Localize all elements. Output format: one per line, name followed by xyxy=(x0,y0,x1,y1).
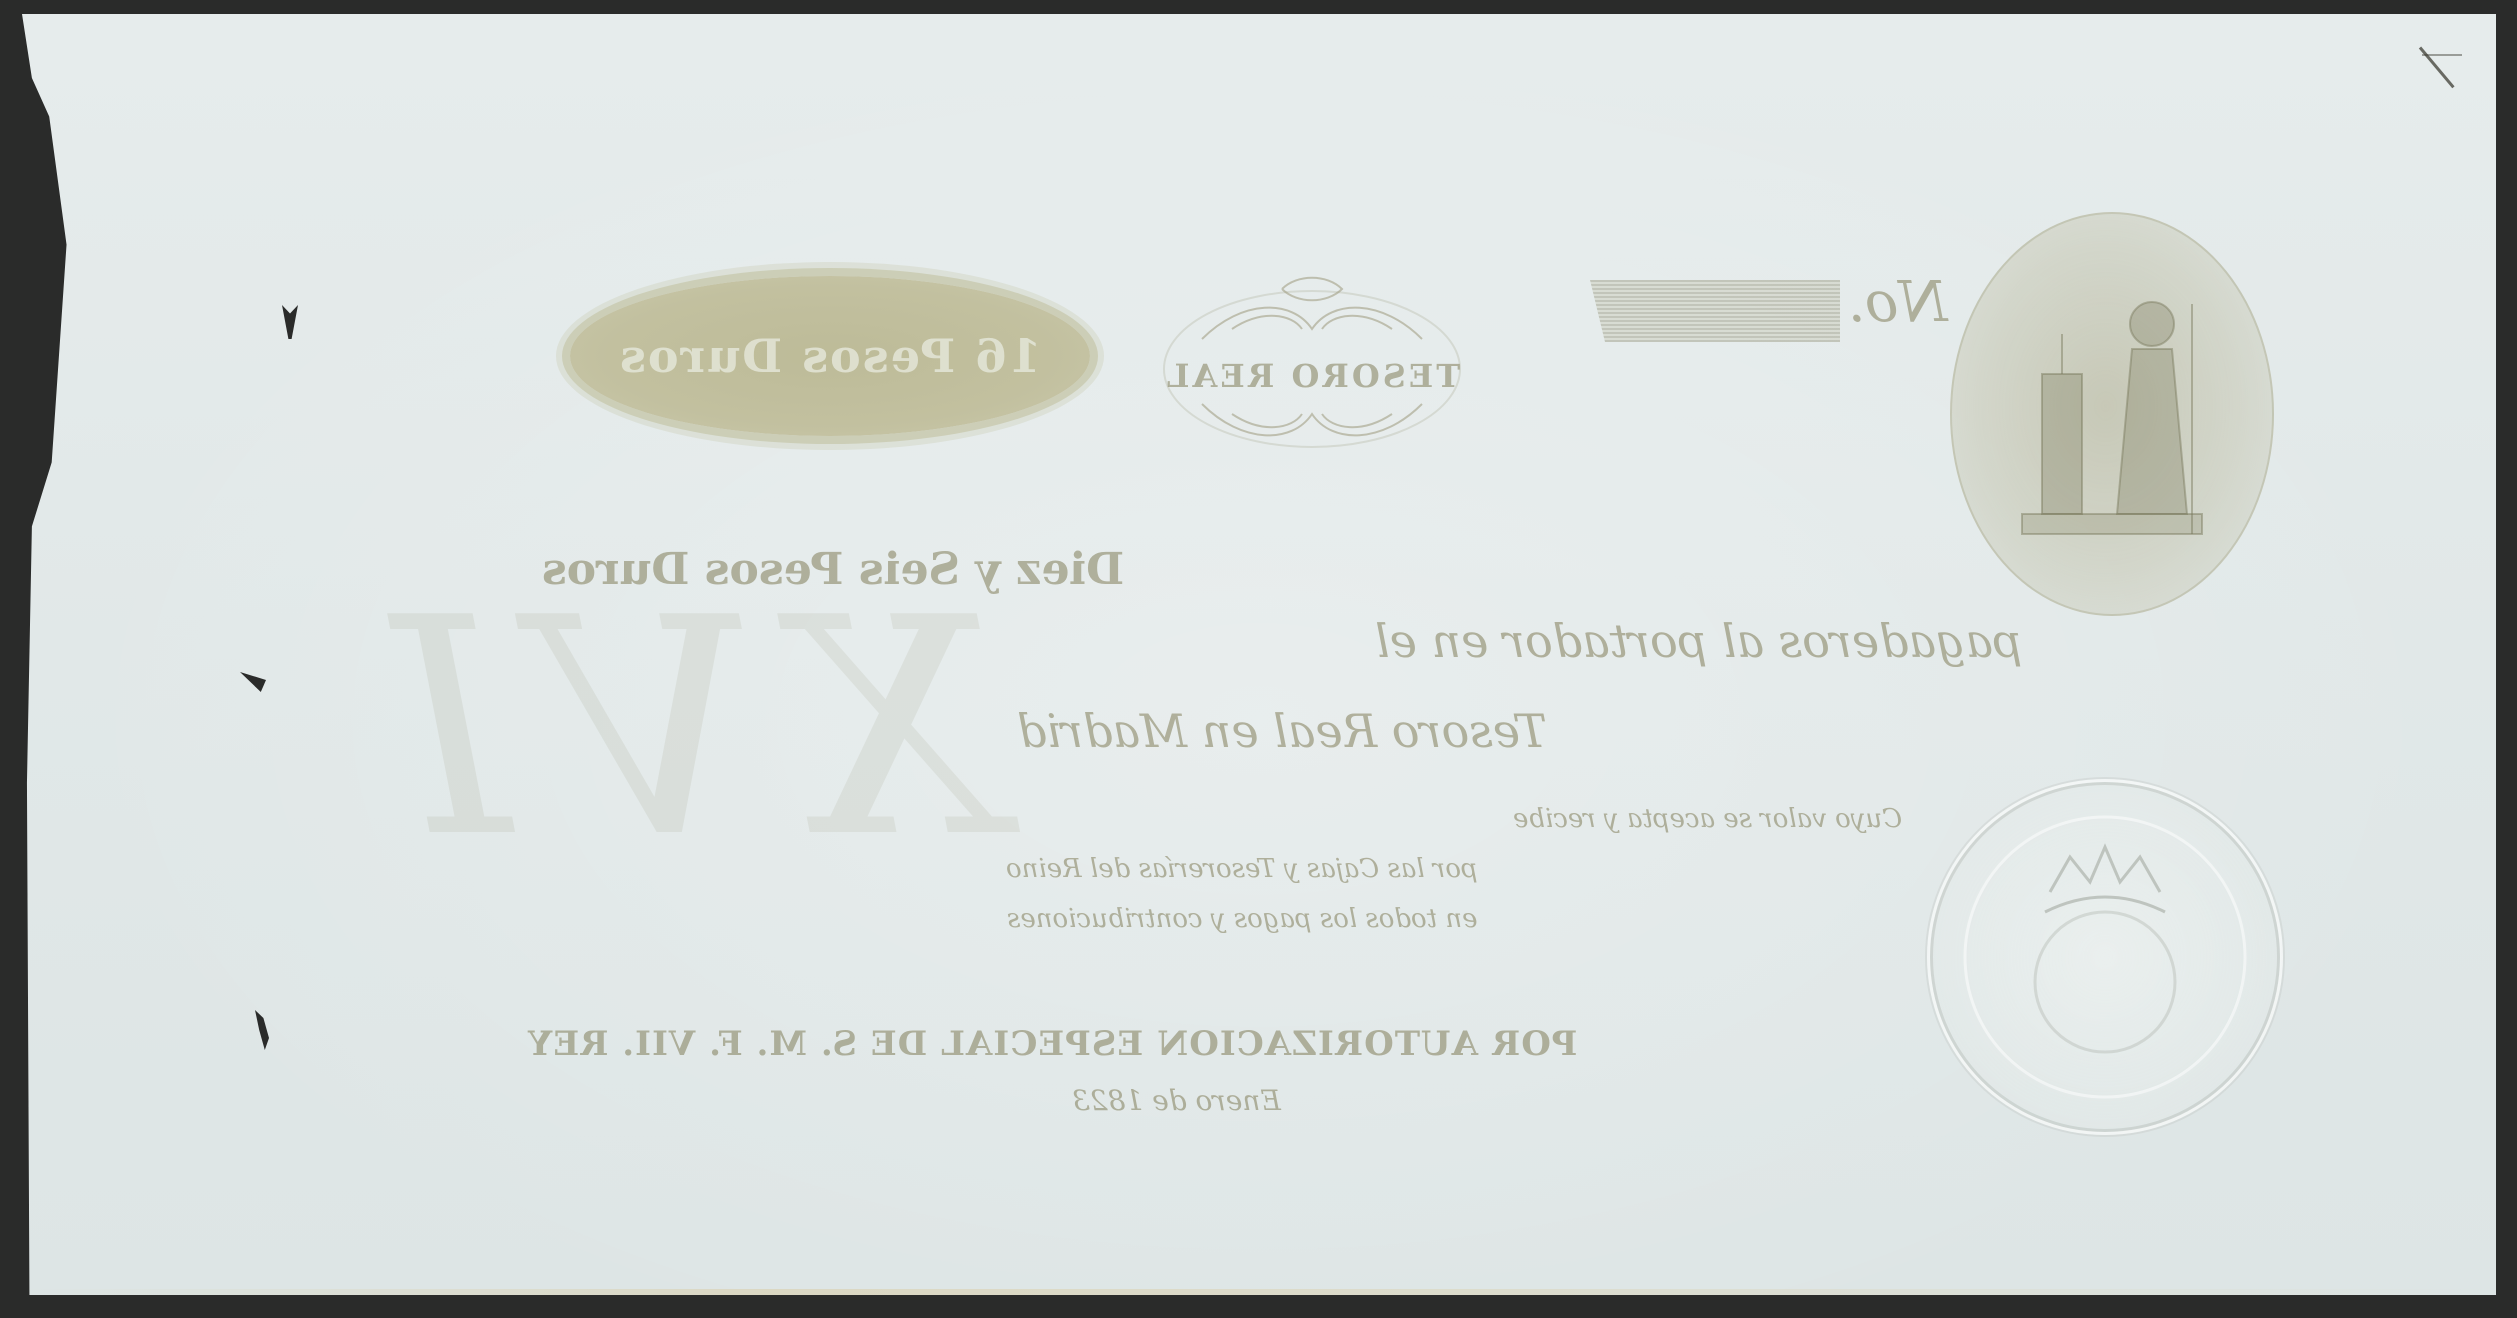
terms-line-3: en todos los pagos y contribuciones xyxy=(582,904,1902,934)
corner-crease-mark xyxy=(2422,54,2462,56)
issuer-block: TESORO REAL xyxy=(1162,269,1462,449)
issue-date: Enero de 1823 xyxy=(1072,1084,1492,1117)
embossed-seal xyxy=(1927,779,2283,1135)
payment-clause-line: pagaderos al portador en el xyxy=(542,614,2022,668)
banknote-paper: XVI 16 Pesos Duros TESORO REAL No. xyxy=(22,14,2496,1295)
authorization-line: POR AUTORIZACION ESPECIAL DE S. M. F. VI… xyxy=(527,1024,1607,1064)
standing-figure-vignette xyxy=(1950,212,2274,616)
denomination-cartouche: 16 Pesos Duros xyxy=(570,276,1090,436)
issuer-title: TESORO REAL xyxy=(1162,357,1462,395)
corner-crease xyxy=(2419,47,2455,89)
serial-number-field xyxy=(1590,280,1840,342)
serial-number-label: No. xyxy=(1848,270,1948,335)
amount-line: Diez y Seis Pesos Duros xyxy=(542,544,1542,595)
terms-line-2: por las Cajas y Tesorerías del Reino xyxy=(582,854,1902,884)
terms-line-1: Cuyo valor se acepta y recibe xyxy=(582,804,1902,834)
crown-icon xyxy=(1930,782,2280,1132)
denomination-text: 16 Pesos Duros xyxy=(618,329,1041,383)
allegorical-figure-icon xyxy=(1952,214,2272,614)
treasury-location-line: Tesoro Real en Madrid xyxy=(542,704,2022,758)
